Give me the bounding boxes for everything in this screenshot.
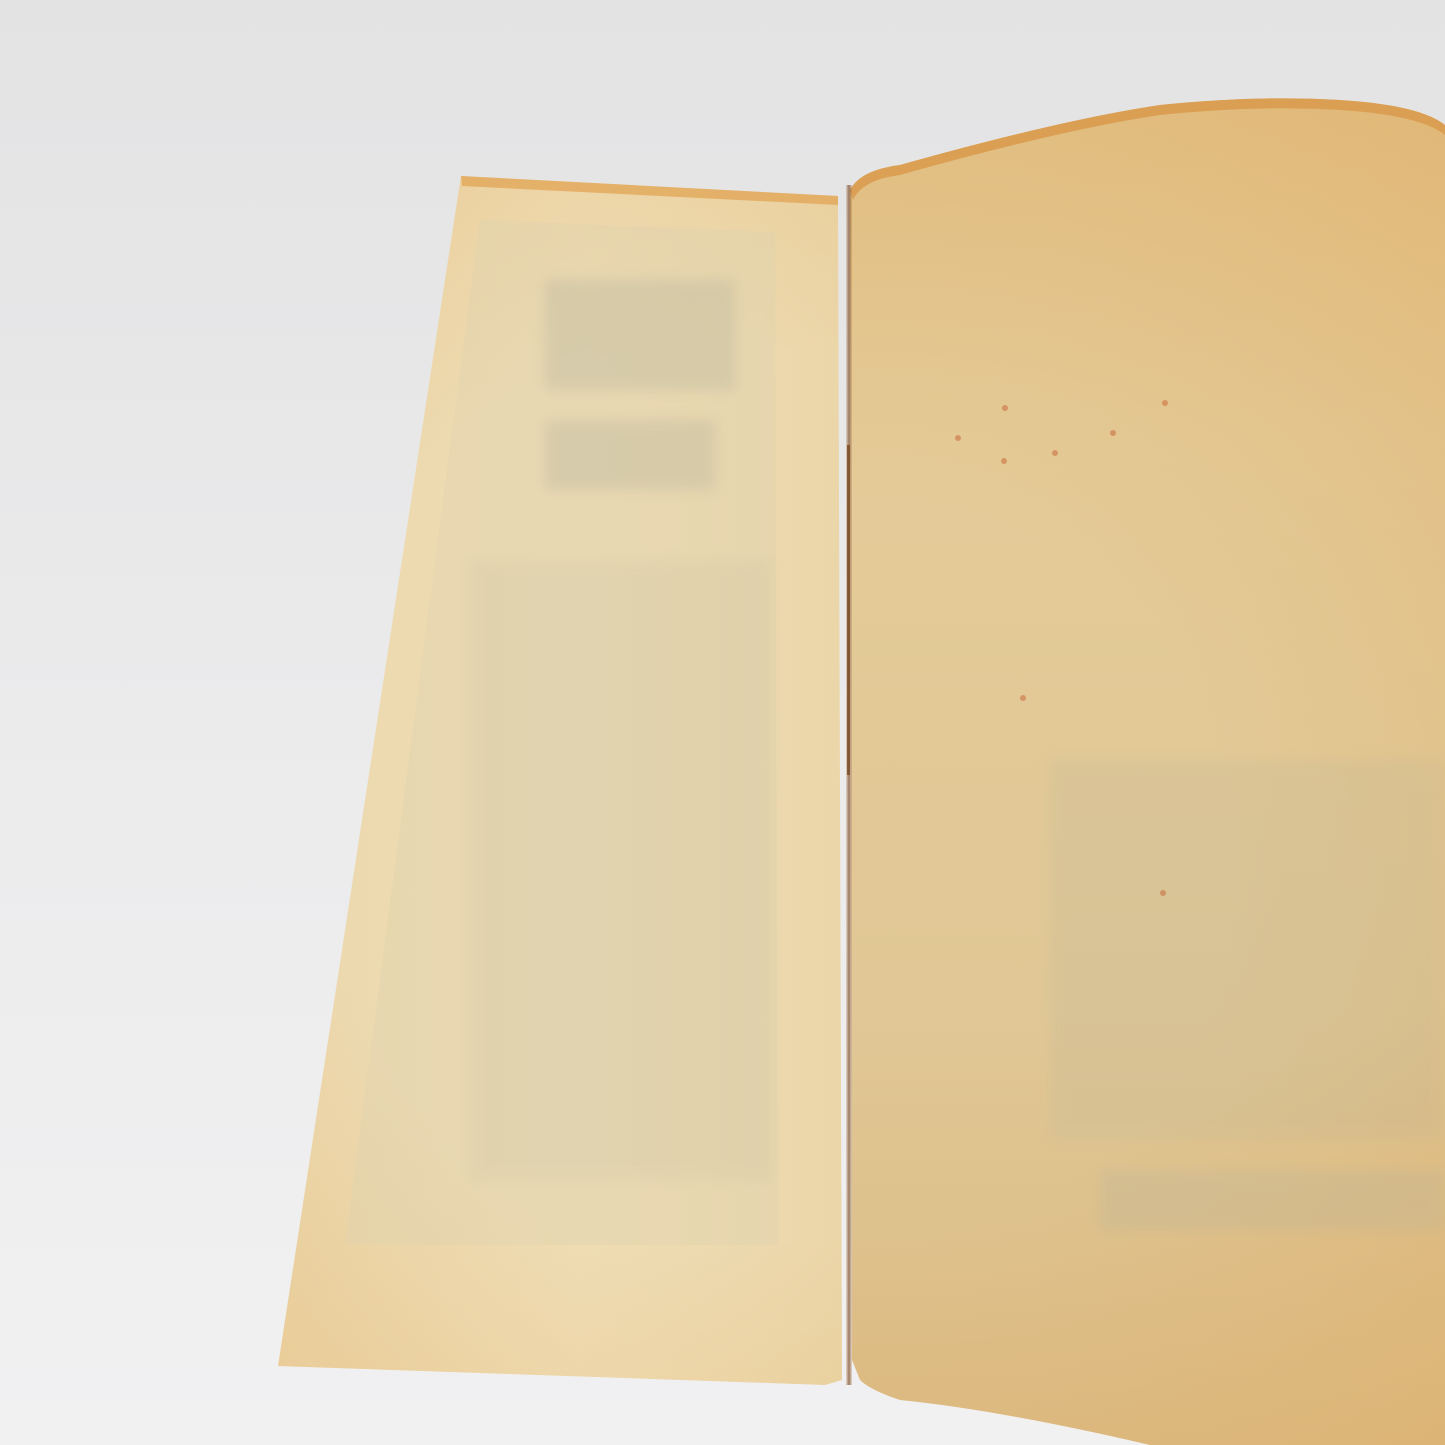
right-page-showthrough-line xyxy=(1100,1170,1445,1230)
foxing-spot xyxy=(1162,400,1168,406)
foxing-spot xyxy=(1001,458,1007,464)
foxing-spot xyxy=(1110,430,1116,436)
foxing-spot xyxy=(1160,890,1166,896)
left-page-showthrough-text xyxy=(470,560,770,1180)
foxing-spot xyxy=(1002,405,1008,411)
right-page-showthrough xyxy=(1050,760,1445,1140)
foxing-spot xyxy=(1020,695,1026,701)
left-page-showthrough-block xyxy=(545,420,715,490)
gutter-crack xyxy=(847,445,850,775)
foxing-spot xyxy=(1052,450,1058,456)
foxing-spot xyxy=(955,435,961,441)
book-gutter xyxy=(846,185,852,1385)
left-page-showthrough-block xyxy=(545,280,735,390)
